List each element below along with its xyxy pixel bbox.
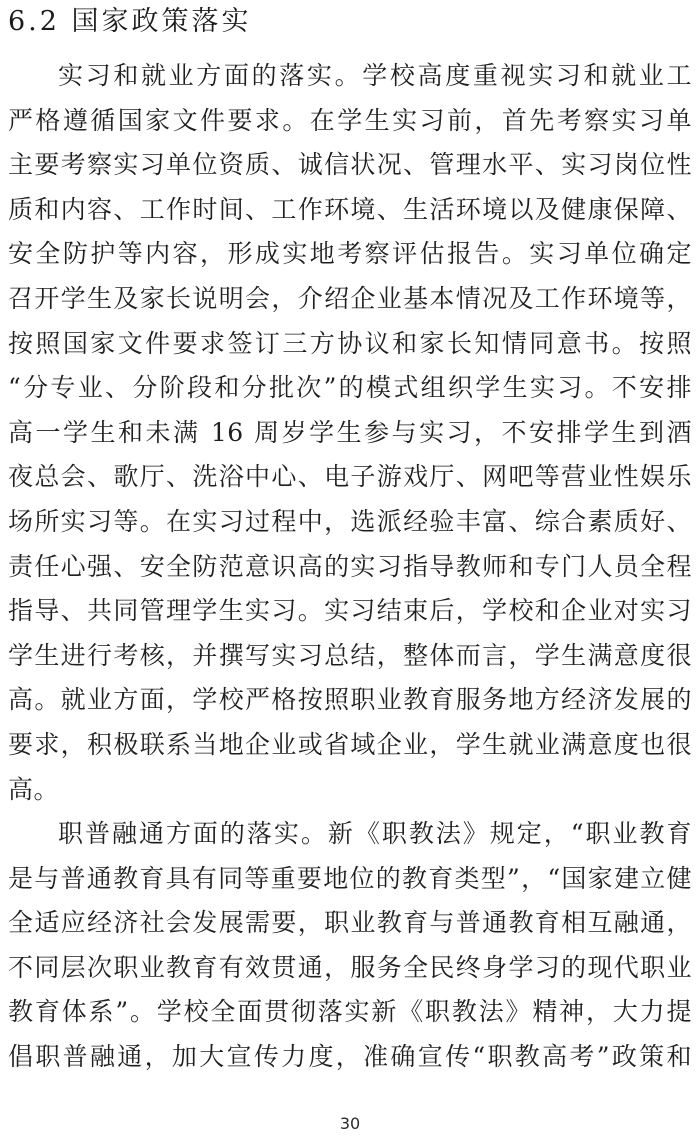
text-line: 教育体系”。学校全面贯彻落实新《职教法》精神，大力提: [8, 990, 692, 1035]
text-line: 职普融通方面的落实。新《职教法》规定，“职业教育: [8, 812, 692, 857]
page-content: 6.2 国家政策落实 实习和就业方面的落实。学校高度重视实习和就业工作， 严格遵…: [8, 2, 692, 1080]
text-line: 全适应经济社会发展需要，职业教育与普通教育相互融通，: [8, 901, 692, 946]
paragraph-vocational-general-integration: 职普融通方面的落实。新《职教法》规定，“职业教育 是与普通教育具有同等重要地位的…: [8, 812, 692, 1080]
text-line: 指导、共同管理学生实习。实习结束后，学校和企业对实习: [8, 589, 692, 634]
paragraph-internship-employment: 实习和就业方面的落实。学校高度重视实习和就业工作， 严格遵循国家文件要求。在学生…: [8, 54, 692, 812]
text-line: 安全防护等内容，形成实地考察评估报告。实习单位确定后，: [8, 232, 692, 277]
text-line: 严格遵循国家文件要求。在学生实习前，首先考察实习单位，: [8, 99, 692, 144]
text-line: 责任心强、安全防范意识高的实习指导教师和专门人员全程: [8, 545, 692, 590]
page-footer: 30: [0, 1114, 700, 1133]
text-line: 不同层次职业教育有效贯通，服务全民终身学习的现代职业: [8, 946, 692, 991]
text-line: 夜总会、歌厅、洗浴中心、电子游戏厅、网吧等营业性娱乐: [8, 455, 692, 500]
text-line: 倡职普融通，加大宣传力度，准确宣传“职教高考”政策和: [8, 1035, 692, 1080]
text-line: 主要考察实习单位资质、诚信状况、管理水平、实习岗位性: [8, 143, 692, 188]
section-heading: 6.2 国家政策落实: [8, 2, 692, 42]
text-line: 质和内容、工作时间、工作环境、生活环境以及健康保障、: [8, 188, 692, 233]
text-line: “分专业、分阶段和分批次”的模式组织学生实习。不安排: [8, 366, 692, 411]
text-line: 高一学生和未满 16 周岁学生参与实习，不安排学生到酒吧、: [8, 411, 692, 456]
text-line: 高。: [8, 768, 692, 813]
text-line: 按照国家文件要求签订三方协议和家长知情同意书。按照: [8, 322, 692, 367]
text-line: 学生进行考核，并撰写实习总结，整体而言，学生满意度很: [8, 634, 692, 679]
text-line: 要求，积极联系当地企业或省域企业，学生就业满意度也很: [8, 723, 692, 768]
document-page: 6.2 国家政策落实 实习和就业方面的落实。学校高度重视实习和就业工作， 严格遵…: [0, 0, 700, 1146]
text-line: 场所实习等。在实习过程中，选派经验丰富、综合素质好、: [8, 500, 692, 545]
page-number: 30: [340, 1114, 360, 1133]
text-line: 高。就业方面，学校严格按照职业教育服务地方经济发展的: [8, 678, 692, 723]
text-line: 召开学生及家长说明会，介绍企业基本情况及工作环境等，: [8, 277, 692, 322]
text-line: 是与普通教育具有同等重要地位的教育类型”，“国家建立健: [8, 857, 692, 902]
text-line: 实习和就业方面的落实。学校高度重视实习和就业工作，: [8, 54, 692, 99]
